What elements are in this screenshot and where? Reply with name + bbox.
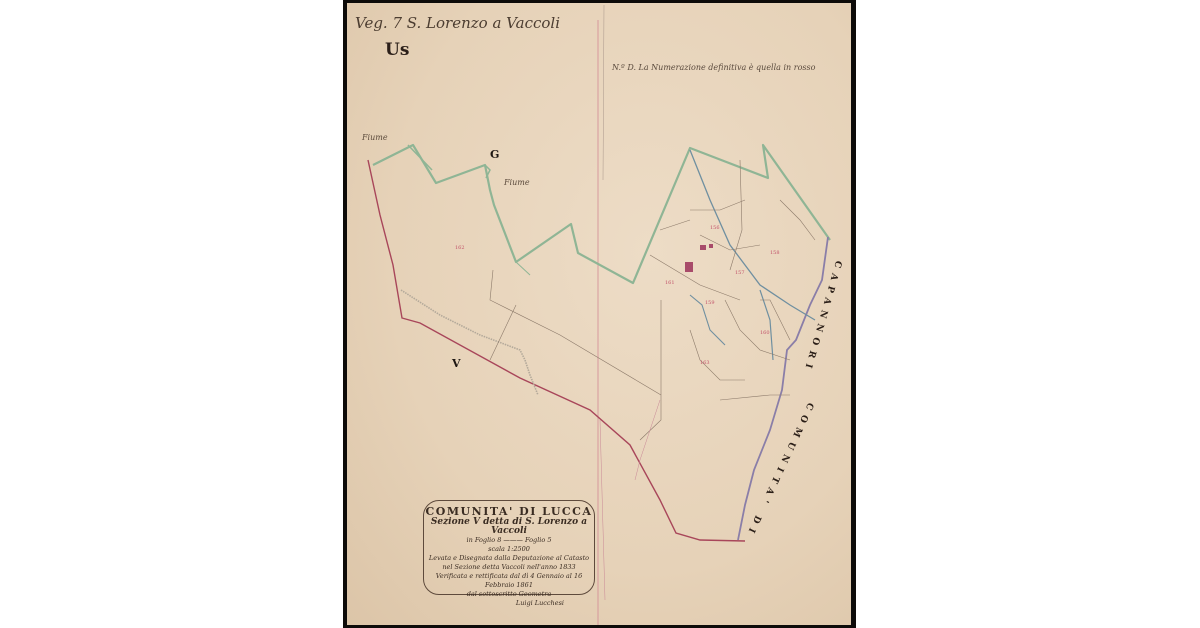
parcel-number: 162 [455, 245, 465, 251]
cadastral-map-drawing [0, 0, 1200, 628]
top-right-note: N.º D. La Numerazione definitiva è quell… [612, 63, 815, 72]
building-block [685, 262, 693, 272]
parcel-number: 161 [665, 280, 675, 286]
title-cartouche: COMUNITA' DI LUCCA Sezione V detta di S.… [423, 500, 595, 595]
cartouche-survey: Levata e Disegnata dalla Deputazione al … [424, 554, 594, 563]
red-boundary [368, 160, 745, 541]
cartouche-scale: scala 1:2500 [424, 545, 594, 554]
parcel-number: 163 [700, 360, 710, 366]
purple-boundary [738, 237, 828, 540]
region-mark-g: G [490, 148, 499, 161]
parcel-number: 157 [735, 270, 745, 276]
parcel-lines [490, 160, 815, 440]
blue-stream [690, 150, 815, 320]
parcel-number: 158 [770, 250, 780, 256]
header-note: Veg. 7 S. Lorenzo a Vaccoli [355, 14, 560, 32]
cartouche-geometer: dal sottoscritto Geometra [424, 590, 594, 599]
parcel-number: 160 [760, 330, 770, 336]
cartouche-signature: Luigi Lucchesi [424, 599, 594, 608]
region-mark-v: V [452, 357, 461, 370]
sheet-mark: Us [385, 40, 409, 60]
annotation: Fiume [362, 133, 388, 142]
cartouche-sheets: in Foglio 8 ——— Foglio 5 [424, 536, 594, 545]
dotted-stream [401, 290, 538, 395]
cartouche-verified: Verificata e rettificata dal dì 4 Gennai… [424, 572, 594, 590]
cartouche-section: Sezione V detta di S. Lorenzo a Vaccoli [424, 518, 594, 536]
annotation: Fiume [504, 178, 530, 187]
cartouche-year: nel Sezione detta Vaccoli nell'anno 1833 [424, 563, 594, 572]
parcel-number: 156 [710, 225, 720, 231]
parcel-number: 159 [705, 300, 715, 306]
green-boundary [373, 145, 830, 283]
